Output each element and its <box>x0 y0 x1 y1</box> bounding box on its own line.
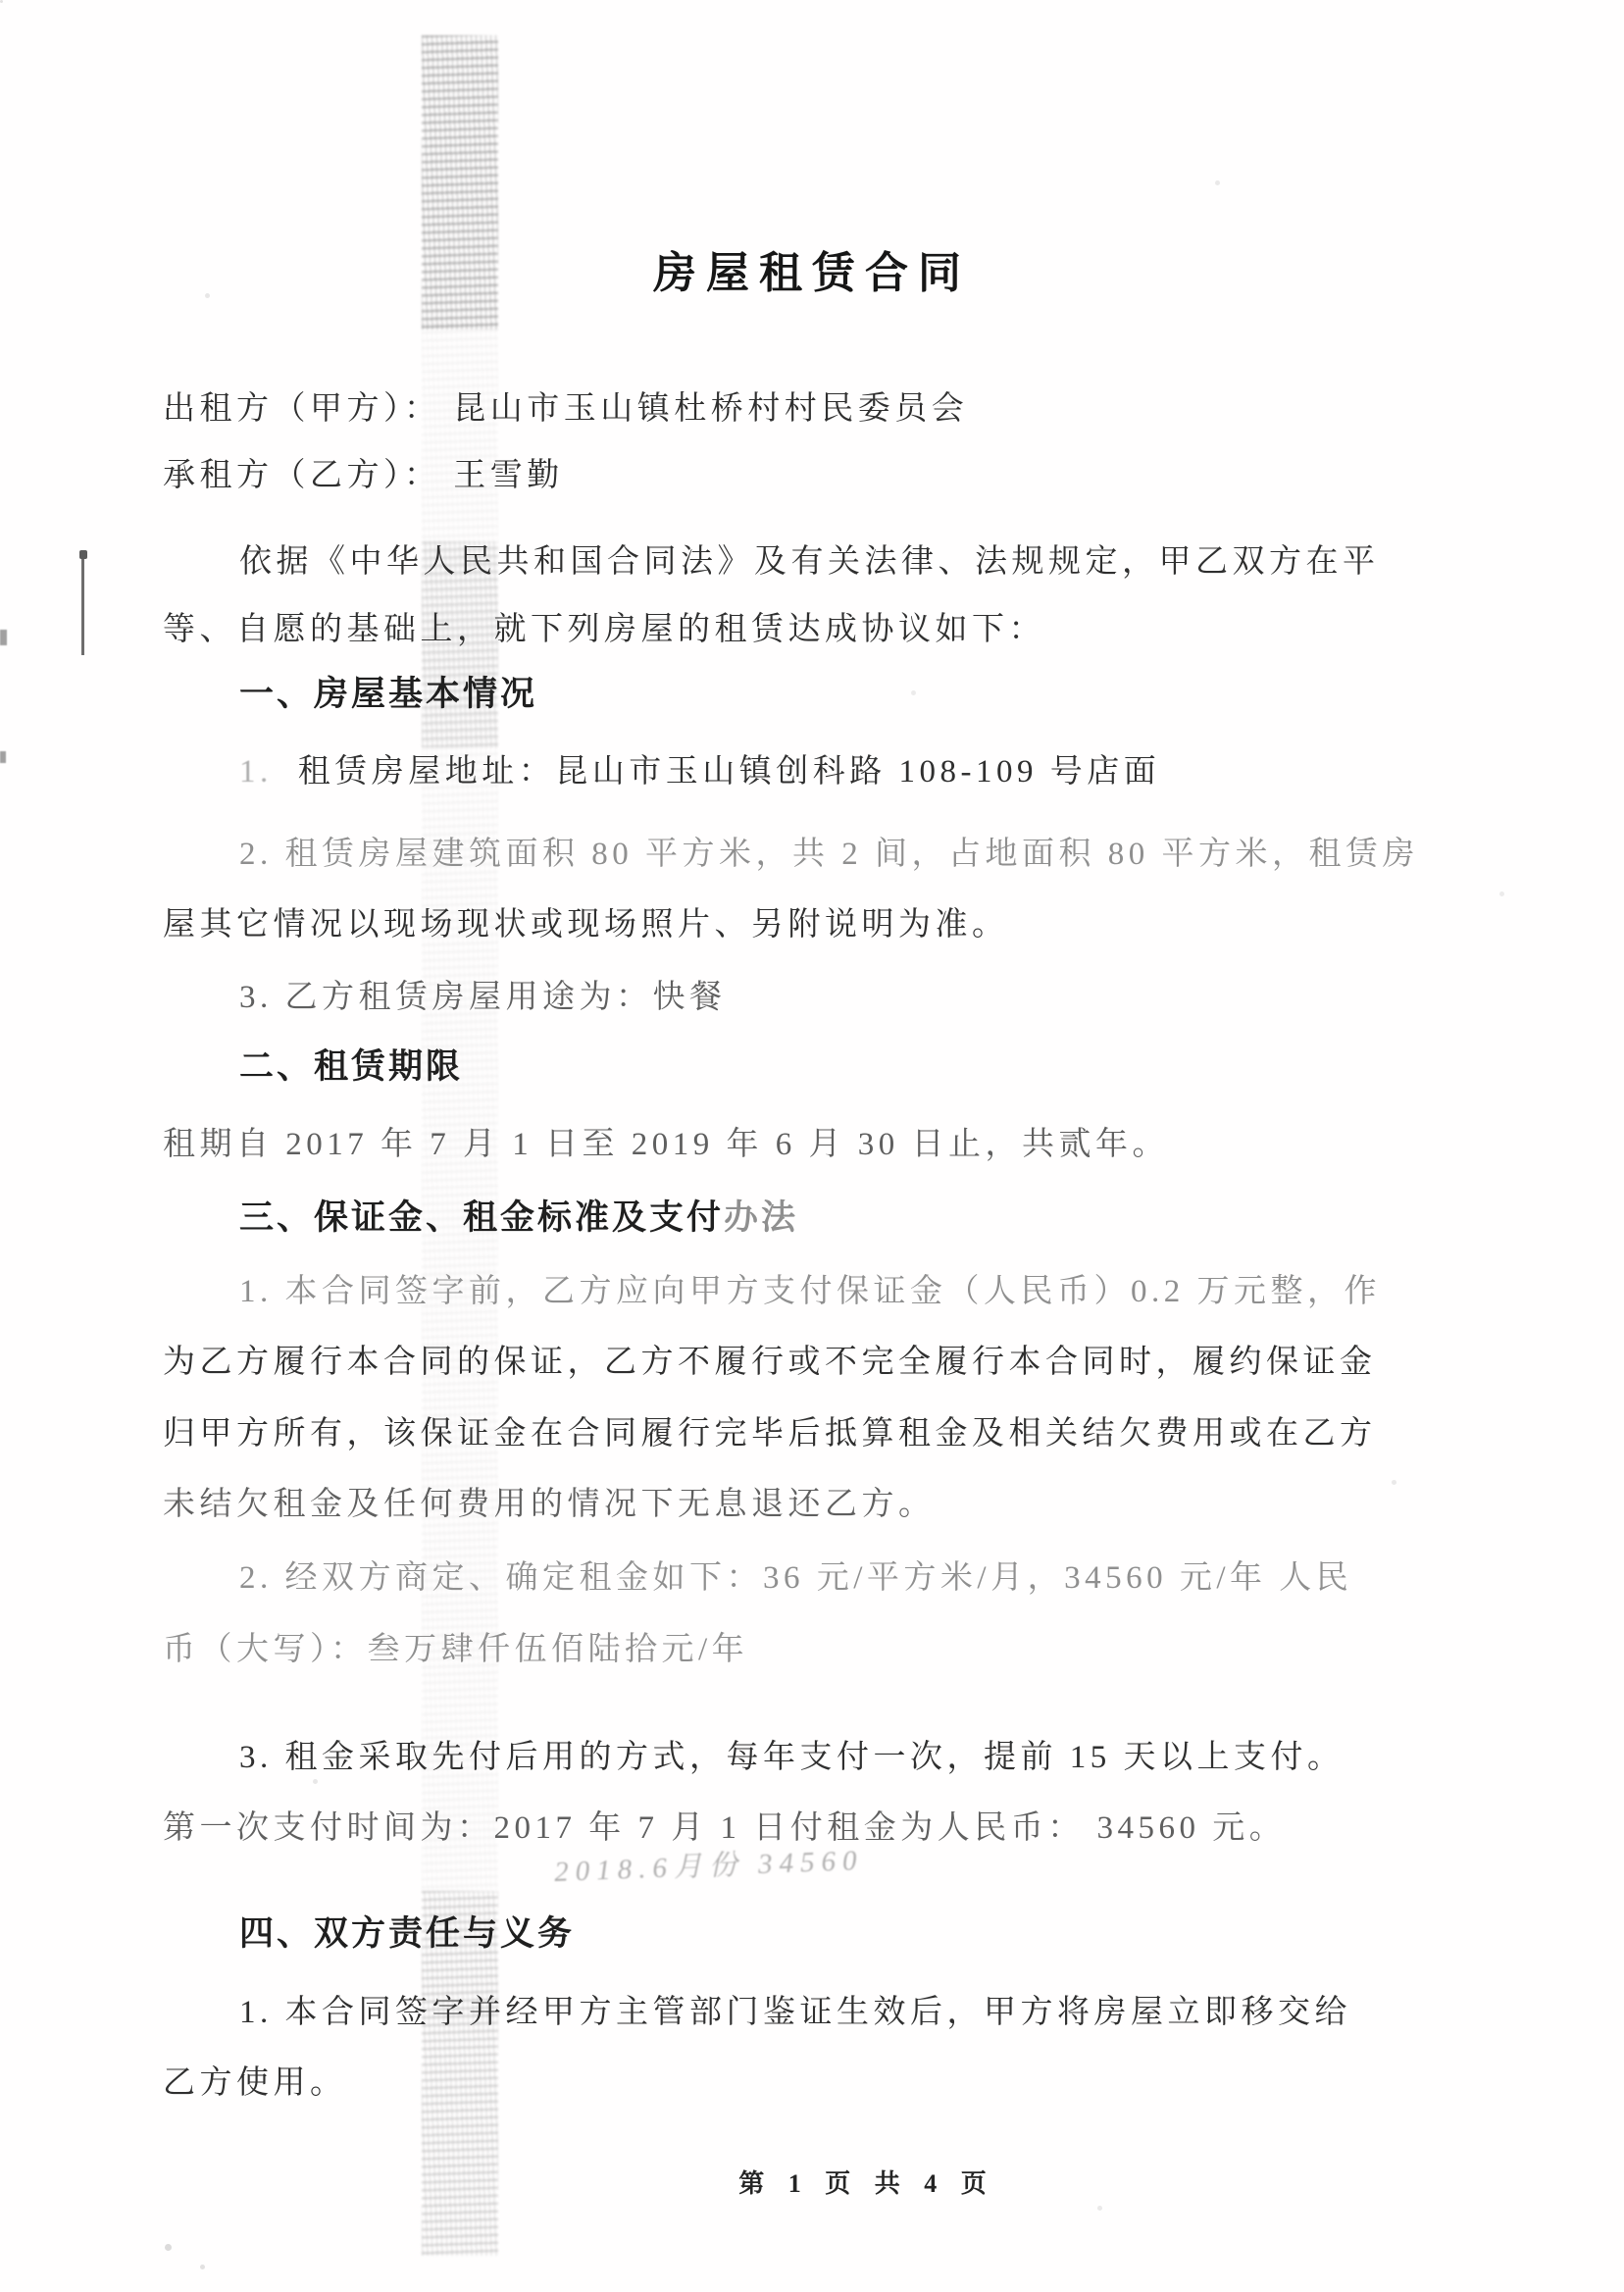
section-2-heading: 二、租赁期限 <box>163 1045 463 1091</box>
section-3-heading-main: 三、保证金、租金标准及支付 <box>239 1198 724 1238</box>
lessor-line: 出租方（甲方）： 昆山市玉山镇杜桥村村民委员会 <box>163 388 968 431</box>
item-1-marker: 1. <box>239 754 273 789</box>
scan-speckles <box>0 0 3 3</box>
section-4-heading: 四、双方责任与义务 <box>163 1912 575 1958</box>
preamble-line-1: 依据《中华人民共和国合同法》及有关法律、法规规定，甲乙双方在平 <box>163 541 1380 584</box>
section-3-heading-tail: 办法 <box>724 1198 798 1238</box>
section-2-term-line: 租期自 2017 年 7 月 1 日至 2019 年 6 月 30 日止，共贰年… <box>163 1124 1169 1166</box>
section-1-item-3: 3. 乙方租赁房屋用途为：快餐 <box>163 977 727 1019</box>
section-1-item-1: 1.租赁房屋地址：昆山市玉山镇创科路 108-109 号店面 <box>163 751 1160 793</box>
left-edge-tick-artifact <box>0 630 7 645</box>
section-1-heading: 一、房屋基本情况 <box>163 673 537 718</box>
section-3-item-3-line-1: 3. 租金采取先付后用的方式，每年支付一次，提前 15 天以上支付。 <box>163 1737 1345 1779</box>
section-1-item-2-line-2: 屋其它情况以现场现状或现场照片、另附说明为准。 <box>163 904 1009 946</box>
section-4-item-1-line-2: 乙方使用。 <box>163 2063 347 2105</box>
page-footer: 第 1 页 共 4 页 <box>55 2164 1624 2200</box>
section-1-item-2-line-1: 2. 租赁房屋建筑面积 80 平方米，共 2 间，占地面积 80 平方米，租赁房 <box>163 834 1419 876</box>
lessee-line: 承租方（乙方）： 王雪勤 <box>163 455 564 497</box>
section-3-heading: 三、保证金、租金标准及支付办法 <box>163 1197 798 1242</box>
left-margin-line-artifact <box>81 557 84 655</box>
item-1-text: 租赁房屋地址：昆山市玉山镇创科路 108-109 号店面 <box>298 754 1161 789</box>
section-3-item-2-line-1: 2. 经双方商定、确定租金如下：36 元/平方米/月，34560 元/年 人民 <box>163 1557 1352 1600</box>
section-3-item-1-line-2: 为乙方履行本合同的保证，乙方不履行或不完全履行本合同时，履约保证金 <box>163 1342 1377 1384</box>
document-title: 房屋租赁合同 <box>0 237 1624 300</box>
section-3-item-1-line-3: 归甲方所有，该保证金在合同履行完毕后抵算租金及相关结欠费用或在乙方 <box>163 1413 1377 1455</box>
section-3-item-1-line-4: 未结欠租金及任何费用的情况下无息退还乙方。 <box>163 1484 936 1526</box>
contract-page: 房屋租赁合同 出租方（甲方）： 昆山市玉山镇杜桥村村民委员会 承租方（乙方）： … <box>0 0 1624 2292</box>
left-edge-tick-artifact <box>0 751 6 763</box>
section-3-item-2-line-2: 币（大写）：叁万肆仟伍佰陆拾元/年 <box>163 1629 748 1671</box>
section-3-item-1-line-1: 1. 本合同签字前，乙方应向甲方支付保证金（人民币）0.2 万元整，作 <box>163 1271 1381 1313</box>
preamble-line-2: 等、自愿的基础上，就下列房屋的租赁达成协议如下： <box>163 609 1045 651</box>
section-4-item-1-line-1: 1. 本合同签字并经甲方主管部门鉴证生效后，甲方将房屋立即移交给 <box>163 1992 1351 2034</box>
